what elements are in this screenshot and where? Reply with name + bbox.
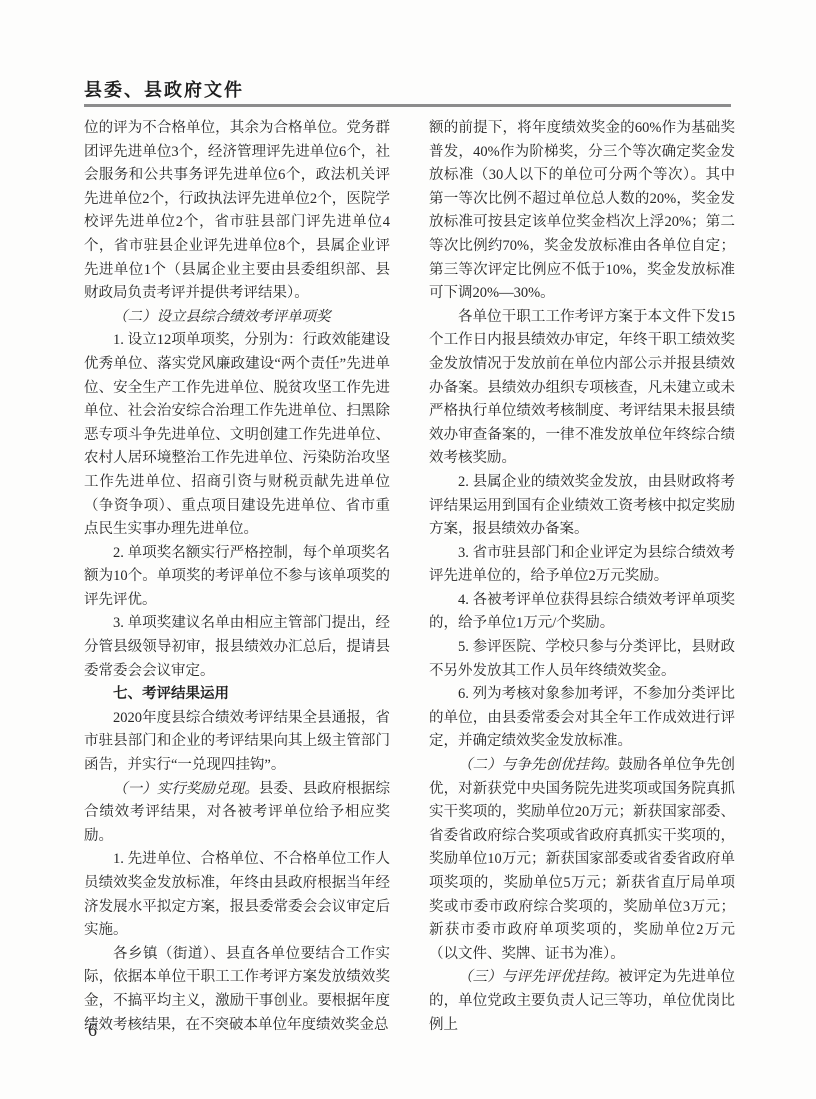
paragraph: 额的前提下，将年度绩效奖金的60%作为基础奖普发，40%作为阶梯奖，分三个等次确… <box>429 117 735 306</box>
subsection-lead: （三）与评先评优挂钩。 <box>458 969 618 985</box>
page-number: 6 <box>88 1020 97 1041</box>
subsection-lead: （一）实行奖励兑现。 <box>113 781 259 797</box>
paragraph: 1. 设立12项单项奖，分别为：行政效能建设优秀单位、落实党风廉政建设“两个责任… <box>84 329 390 541</box>
paragraph: 3. 单项奖建议名单由相应主管部门提出，经分管县级领导初审，报县绩效办汇总后，提… <box>84 612 390 683</box>
paragraph: 2. 县属企业的绩效奖金发放，由县财政将考评结果运用到国有企业绩效工资考核中拟定… <box>429 471 735 542</box>
paragraph: 6. 列为考核对象参加考评，不参加分类评比的单位，由县委常委会对其全年工作成效进… <box>429 683 735 754</box>
paragraph: 3. 省市驻县部门和企业评定为县综合绩效考评先进单位的，给予单位2万元奖励。 <box>429 542 735 589</box>
paragraph-text: 鼓励各单位争先创优，对新获党中央国务院先进奖项或国务院真抓实干奖项的，奖励单位2… <box>429 757 735 962</box>
header-rule <box>84 104 731 107</box>
paragraph: 各乡镇（街道）、县直各单位要结合工作实际，依据本单位干职工工作考评方案发放绩效奖… <box>84 943 390 1037</box>
left-column: 位的评为不合格单位，其余为合格单位。党务群团评先进单位3个，经济管理评先进单位6… <box>84 117 390 1037</box>
paragraph: 位的评为不合格单位，其余为合格单位。党务群团评先进单位3个，经济管理评先进单位6… <box>84 117 390 306</box>
paragraph: 1. 先进单位、合格单位、不合格单位工作人员绩效奖金发放标准，年终由县政府根据当… <box>84 848 390 942</box>
paragraph: （二）与争先创优挂钩。鼓励各单位争先创优，对新获党中央国务院先进奖项或国务院真抓… <box>429 754 735 966</box>
text-columns: 位的评为不合格单位，其余为合格单位。党务群团评先进单位3个，经济管理评先进单位6… <box>84 117 735 1037</box>
paragraph: （三）与评先评优挂钩。被评定为先进单位的，单位党政主要负责人记三等功，单位优岗比… <box>429 966 735 1037</box>
paragraph: 各单位干职工工作考评方案于本文件下发15个工作日内报县绩效办审定，年终干职工绩效… <box>429 306 735 471</box>
subsection-lead: （二）与争先创优挂钩。 <box>458 757 618 773</box>
right-column: 额的前提下，将年度绩效奖金的60%作为基础奖普发，40%作为阶梯奖，分三个等次确… <box>429 117 735 1037</box>
document-page: 县委、县政府文件 位的评为不合格单位，其余为合格单位。党务群团评先进单位3个，经… <box>0 0 816 1099</box>
page-header-title: 县委、县政府文件 <box>84 76 244 102</box>
paragraph: 4. 各被考评单位获得县综合绩效考评单项奖的，给予单位1万元/个奖励。 <box>429 589 735 636</box>
paragraph: 2. 单项奖名额实行严格控制，每个单项奖名额为10个。单项奖的考评单位不参与该单… <box>84 542 390 613</box>
paragraph: 5. 参评医院、学校只参与分类评比，县财政不另外发放其工作人员年终绩效奖金。 <box>429 636 735 683</box>
paragraph: 2020年度县综合绩效考评结果全县通报，省市驻县部门和企业的考评结果向其上级主管… <box>84 707 390 778</box>
subsection-heading: （二）设立县综合绩效考评单项奖 <box>84 306 390 330</box>
section-heading: 七、考评结果运用 <box>84 683 390 707</box>
paragraph: （一）实行奖励兑现。县委、县政府根据综合绩效考评结果，对各被考评单位给予相应奖励… <box>84 778 390 849</box>
